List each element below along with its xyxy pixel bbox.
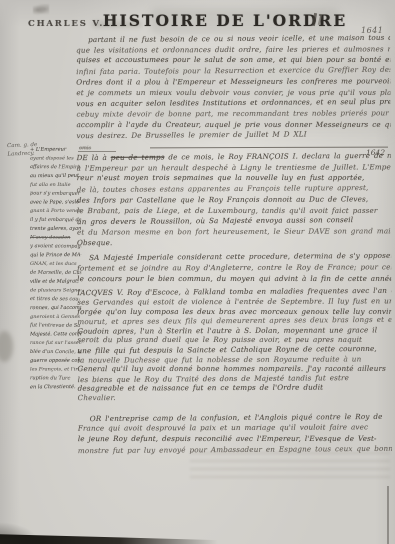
- paper-stain: [0, 331, 13, 362]
- underline-rule: [78, 151, 116, 152]
- manuscript-page: CHARLES V. HISTOIRE DE L'ORDRE 1641 Cam.…: [0, 0, 395, 544]
- paragraph-imperial-resolution: SA Majesté Imperiale considerant cette p…: [77, 252, 391, 285]
- body-text-line: fortement et se joindre au Roy d'Anglete…: [77, 262, 391, 274]
- corner-scribble: [33, 4, 49, 16]
- body-text-line: le concours pour le bien commun, du moye…: [77, 274, 391, 285]
- margin-note-line: affaires de l'Empire: [30, 162, 81, 171]
- margin-note-line: y avoient accompagné: [30, 242, 81, 251]
- margin-note-line: de plusieurs Seigneurs: [30, 286, 81, 295]
- body-text-line: et du Marson mesme en bon fort heureusem…: [77, 226, 391, 238]
- body-text-line: le jeune Roy defunt, despuis reconcilié …: [78, 434, 392, 445]
- page-edge-line: [387, 486, 389, 544]
- margin-note-line: pour s'y embarquer: [30, 189, 81, 198]
- margin-note-line: avec le Pape, s'eslo-: [30, 198, 81, 207]
- margin-note-line: blée d'un Concile, la: [30, 347, 81, 356]
- body-text-line: des Infors par Castellane que le Roy Fra…: [77, 194, 391, 206]
- margin-note-line: + L'Empereur: [30, 145, 81, 154]
- margin-note-line: rance fut sur l'assem-: [30, 339, 81, 348]
- margin-note-line: ruption du Turc: [30, 374, 81, 383]
- body-text-line: Obseque.: [77, 238, 391, 249]
- margin-note-line: GNAN, et les ducs: [30, 259, 81, 268]
- body-text-line: Ordres dont il a plou à l'Empereur et Me…: [76, 76, 390, 88]
- margin-note-line: fut l'entrevue de Sa: [30, 321, 81, 330]
- body-text-line: Chevalier.: [78, 393, 392, 403]
- body-text-line: cebuy mixte devoir de bonne part, me rec…: [76, 108, 390, 120]
- margin-note-line: fut alla en Italie: [30, 180, 81, 189]
- margin-note-line: gneroient à Gennes où: [30, 312, 81, 321]
- margin-note-line: qui le Prince de MA-: [30, 250, 81, 259]
- margin-note-line: gnant à Porto venere,: [30, 207, 81, 216]
- margin-note-line: en la Chrestienté.: [30, 382, 81, 391]
- bleed-through-wash: [190, 452, 390, 478]
- paragraph-letter-closing: partant il ne fust besoin de ce ou si no…: [76, 33, 390, 141]
- margin-note-line: guerre opposée contre: [30, 356, 81, 365]
- margin-note-line: ronnes, qui l'accompa-: [30, 303, 81, 312]
- body-text-column: partant il ne fust besoin de ce ou si no…: [76, 29, 392, 456]
- body-text-line: France qui avoit desprouvé la paix et un…: [78, 423, 392, 435]
- body-text-line: ses Gervandes qui estoit de violence à l…: [77, 296, 391, 307]
- interlinear-correction: omis: [79, 145, 91, 151]
- margin-note-line: les François, et l'ir-: [30, 365, 81, 374]
- scan-shadow: [0, 522, 40, 544]
- margin-note: + L'Empereurayant disposé lesaffaires de…: [30, 145, 81, 391]
- margin-note-line: et titres de ses cou-: [30, 294, 81, 303]
- margin-note-line: trente galeres, ayant: [30, 224, 81, 233]
- margin-note-line: de Marseille, de Castro: [30, 268, 81, 277]
- paragraph-war-declared-1542: DE là à peu de temps de ce mois, le Roy …: [77, 151, 391, 249]
- running-title: CHARLES V.: [28, 19, 104, 29]
- margin-note-line: ayant disposé les: [30, 154, 81, 163]
- margin-note-line: ville et de Malgrat,: [30, 277, 81, 286]
- body-text-line: vous desirez. De Brusselles le premier d…: [76, 129, 390, 142]
- margin-note-line: Majesté. Cette confe-: [30, 330, 81, 339]
- margin-note-line: au mieux qu'il peut: [30, 171, 81, 180]
- paragraph-james-v-scotland: IACQVES V. Roy d'Escoce, à Falkland tomb…: [77, 287, 391, 403]
- margin-note-line: il y fut embarqué de: [30, 215, 81, 224]
- margin-note-line: N'avoy desadon: [30, 233, 81, 242]
- paragraph-english-ambassador: OR l'entreprise camp de la confusion, et…: [78, 412, 392, 456]
